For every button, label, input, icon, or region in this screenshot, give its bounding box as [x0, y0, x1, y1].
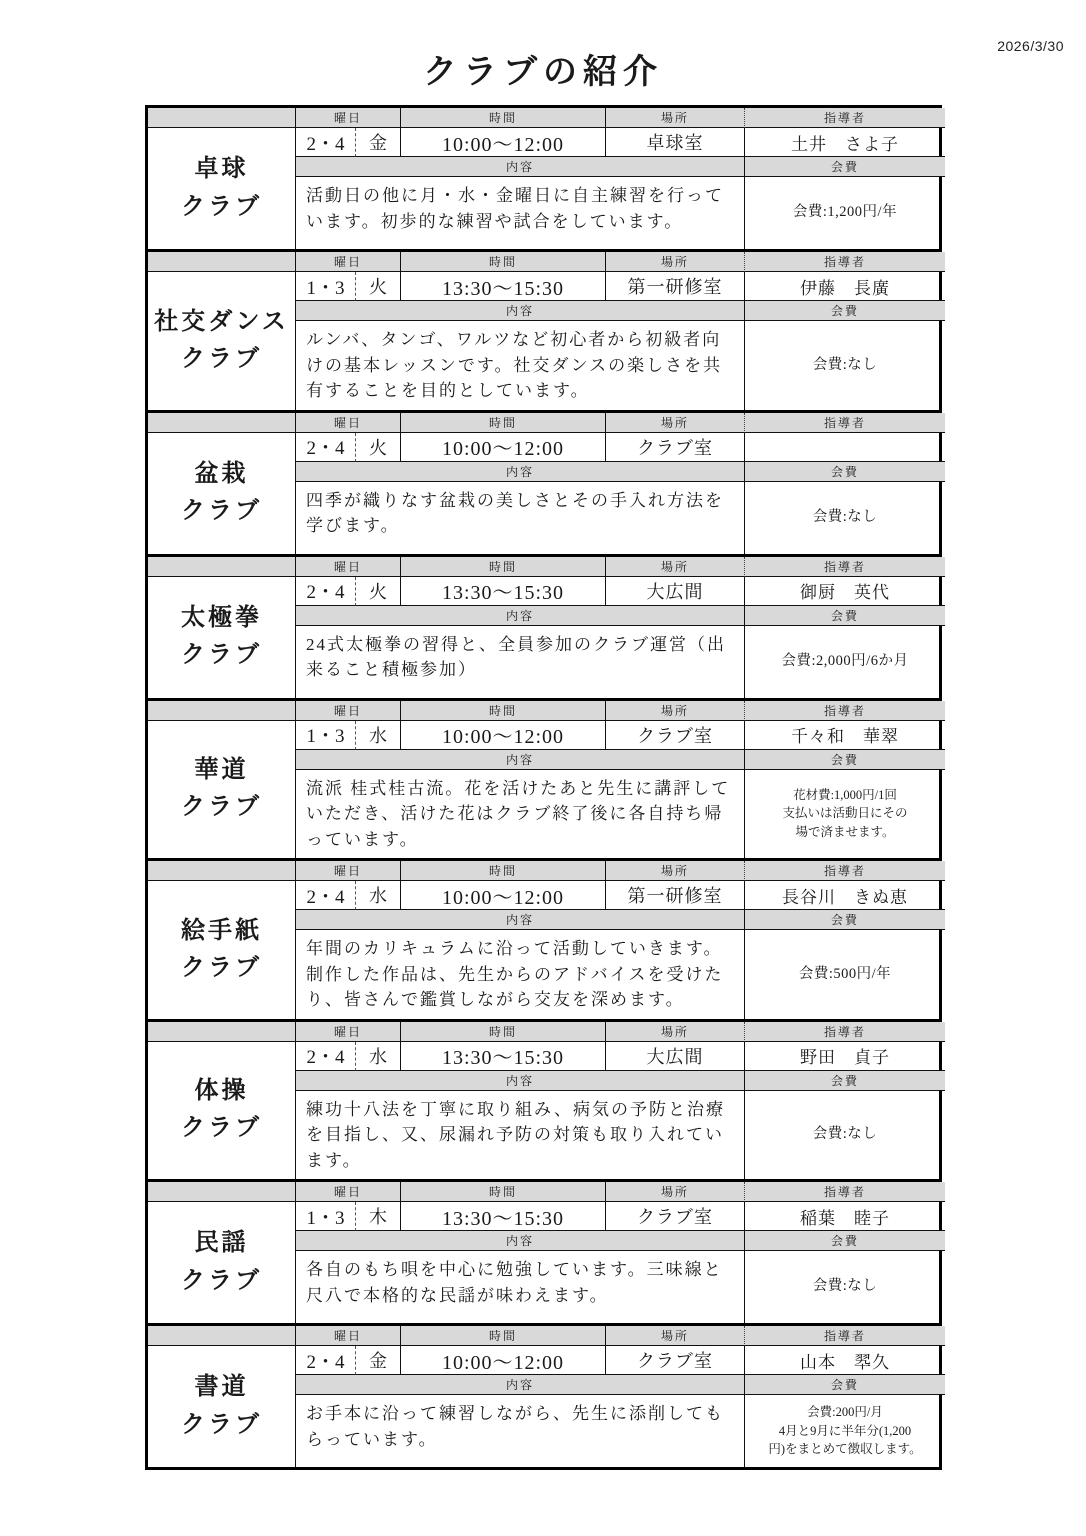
time-header: 時間 [401, 108, 606, 128]
club-instructor: 長谷川 きぬ恵 [745, 881, 945, 910]
corner-cell [148, 557, 296, 577]
club-weeks: 2・4 [296, 433, 356, 462]
club-name: 卓球 クラブ [148, 128, 296, 249]
day-header: 曜日 [296, 861, 401, 881]
club-instructor: 土井 さよ子 [745, 128, 945, 157]
club-section: 曜日 時間 場所 指導者 社交ダンス クラブ 1・3 火 13:30～15:30… [145, 249, 942, 413]
place-header: 場所 [606, 1022, 745, 1042]
club-weekday: 火 [356, 577, 401, 606]
corner-cell [148, 108, 296, 128]
club-weeks: 2・4 [296, 128, 356, 157]
club-place: クラブ室 [606, 721, 745, 750]
club-content: 24式太極拳の習得と、全員参加のクラブ運営（出来ること積極参加） [296, 626, 745, 698]
place-header: 場所 [606, 413, 745, 433]
time-header: 時間 [401, 557, 606, 577]
time-header: 時間 [401, 701, 606, 721]
time-header: 時間 [401, 413, 606, 433]
content-header: 内容 [296, 750, 745, 770]
content-header: 内容 [296, 1231, 745, 1251]
fee-header: 会費 [745, 750, 945, 770]
instructor-header: 指導者 [745, 1182, 945, 1202]
club-weekday: 金 [356, 128, 401, 157]
corner-cell [148, 861, 296, 881]
time-header: 時間 [401, 1182, 606, 1202]
club-weekday: 金 [356, 1346, 401, 1375]
club-instructor: 稲葉 睦子 [745, 1202, 945, 1231]
club-weeks: 2・4 [296, 1346, 356, 1375]
document-page: 2026/3/30 クラブの紹介 曜日 時間 場所 指導者 卓球 クラブ 2・4… [0, 0, 1086, 1536]
club-weeks: 1・3 [296, 272, 356, 301]
club-weekday: 火 [356, 272, 401, 301]
corner-cell [148, 1326, 296, 1346]
club-place: クラブ室 [606, 1202, 745, 1231]
clubs-table: 曜日 時間 場所 指導者 卓球 クラブ 2・4 金 10:00～12:00 卓球… [145, 105, 942, 1470]
club-time: 13:30～15:30 [401, 577, 606, 606]
place-header: 場所 [606, 701, 745, 721]
content-header: 内容 [296, 1375, 745, 1395]
club-place: クラブ室 [606, 433, 745, 462]
club-fee: 花材費:1,000円/1回 支払いは活動日にその 場で済ませます。 [745, 770, 945, 859]
day-header: 曜日 [296, 413, 401, 433]
club-content: 活動日の他に月・水・金曜日に自主練習を行っています。初歩的な練習や試合をしていま… [296, 177, 745, 249]
club-instructor: 野田 貞子 [745, 1042, 945, 1071]
club-section: 曜日 時間 場所 指導者 太極拳 クラブ 2・4 火 13:30～15:30 大… [145, 554, 942, 701]
club-place: 卓球室 [606, 128, 745, 157]
club-content: 練功十八法を丁寧に取り組み、病気の予防と治療を目指し、又、尿漏れ予防の対策も取り… [296, 1091, 745, 1180]
place-header: 場所 [606, 1326, 745, 1346]
club-fee: 会費:2,000円/6か月 [745, 626, 945, 698]
club-content: 年間のカリキュラムに沿って活動していきます。制作した作品は、先生からのアドバイス… [296, 930, 745, 1019]
club-fee: 会費:500円/年 [745, 930, 945, 1019]
corner-cell [148, 701, 296, 721]
content-header: 内容 [296, 910, 745, 930]
content-header: 内容 [296, 1071, 745, 1091]
instructor-header: 指導者 [745, 1022, 945, 1042]
fee-header: 会費 [745, 462, 945, 482]
club-content: お手本に沿って練習しながら、先生に添削してもらっています。 [296, 1395, 745, 1467]
club-place: クラブ室 [606, 1346, 745, 1375]
club-fee: 会費:1,200円/年 [745, 177, 945, 249]
club-section: 曜日 時間 場所 指導者 体操 クラブ 2・4 水 13:30～15:30 大広… [145, 1019, 942, 1183]
fee-header: 会費 [745, 1231, 945, 1251]
club-instructor: 山本 翆久 [745, 1346, 945, 1375]
club-section: 曜日 時間 場所 指導者 民謡 クラブ 1・3 木 13:30～15:30 クラ… [145, 1179, 942, 1326]
club-section: 曜日 時間 場所 指導者 盆栽 クラブ 2・4 火 10:00～12:00 クラ… [145, 410, 942, 557]
club-weekday: 水 [356, 721, 401, 750]
club-fee: 会費:なし [745, 482, 945, 554]
club-instructor [745, 433, 945, 462]
fee-header: 会費 [745, 1375, 945, 1395]
club-instructor: 伊藤 長廣 [745, 272, 945, 301]
content-header: 内容 [296, 606, 745, 626]
day-header: 曜日 [296, 252, 401, 272]
club-time: 13:30～15:30 [401, 272, 606, 301]
club-fee: 会費:なし [745, 1091, 945, 1180]
club-content: ルンバ、タンゴ、ワルツなど初心者から初級者向けの基本レッスンです。社交ダンスの楽… [296, 321, 745, 410]
instructor-header: 指導者 [745, 701, 945, 721]
time-header: 時間 [401, 1022, 606, 1042]
day-header: 曜日 [296, 1326, 401, 1346]
club-place: 大広間 [606, 1042, 745, 1071]
club-name: 華道 クラブ [148, 721, 296, 859]
club-time: 10:00～12:00 [401, 1346, 606, 1375]
club-name: 絵手紙 クラブ [148, 881, 296, 1019]
club-weekday: 火 [356, 433, 401, 462]
club-time: 10:00～12:00 [401, 881, 606, 910]
instructor-header: 指導者 [745, 861, 945, 881]
club-weekday: 木 [356, 1202, 401, 1231]
fee-header: 会費 [745, 606, 945, 626]
corner-cell [148, 252, 296, 272]
club-weeks: 2・4 [296, 881, 356, 910]
club-fee: 会費:なし [745, 1251, 945, 1323]
fee-header: 会費 [745, 1071, 945, 1091]
club-fee: 会費:なし [745, 321, 945, 410]
club-name: 民謡 クラブ [148, 1202, 296, 1323]
instructor-header: 指導者 [745, 252, 945, 272]
club-name: 書道 クラブ [148, 1346, 296, 1467]
club-weeks: 2・4 [296, 1042, 356, 1071]
club-instructor: 千々和 華翠 [745, 721, 945, 750]
corner-cell [148, 1182, 296, 1202]
place-header: 場所 [606, 252, 745, 272]
club-instructor: 御厨 英代 [745, 577, 945, 606]
day-header: 曜日 [296, 1182, 401, 1202]
club-weeks: 1・3 [296, 1202, 356, 1231]
corner-cell [148, 1022, 296, 1042]
instructor-header: 指導者 [745, 557, 945, 577]
day-header: 曜日 [296, 108, 401, 128]
club-content: 四季が織りなす盆栽の美しさとその手入れ方法を学びます。 [296, 482, 745, 554]
corner-cell [148, 413, 296, 433]
club-section: 曜日 時間 場所 指導者 書道 クラブ 2・4 金 10:00～12:00 クラ… [145, 1323, 942, 1470]
time-header: 時間 [401, 252, 606, 272]
club-weekday: 水 [356, 1042, 401, 1071]
place-header: 場所 [606, 1182, 745, 1202]
day-header: 曜日 [296, 557, 401, 577]
club-place: 第一研修室 [606, 272, 745, 301]
club-time: 13:30～15:30 [401, 1042, 606, 1071]
club-section: 曜日 時間 場所 指導者 華道 クラブ 1・3 水 10:00～12:00 クラ… [145, 698, 942, 862]
club-name: 体操 クラブ [148, 1042, 296, 1180]
club-time: 10:00～12:00 [401, 433, 606, 462]
club-content: 各自のもち唄を中心に勉強しています。三味線と尺八で本格的な民謡が味わえます。 [296, 1251, 745, 1323]
place-header: 場所 [606, 108, 745, 128]
club-place: 大広間 [606, 577, 745, 606]
day-header: 曜日 [296, 1022, 401, 1042]
club-weekday: 水 [356, 881, 401, 910]
club-section: 曜日 時間 場所 指導者 卓球 クラブ 2・4 金 10:00～12:00 卓球… [145, 105, 942, 252]
content-header: 内容 [296, 157, 745, 177]
club-section: 曜日 時間 場所 指導者 絵手紙 クラブ 2・4 水 10:00～12:00 第… [145, 858, 942, 1022]
club-weeks: 1・3 [296, 721, 356, 750]
fee-header: 会費 [745, 301, 945, 321]
club-place: 第一研修室 [606, 881, 745, 910]
time-header: 時間 [401, 1326, 606, 1346]
fee-header: 会費 [745, 157, 945, 177]
fee-header: 会費 [745, 910, 945, 930]
place-header: 場所 [606, 557, 745, 577]
club-name: 盆栽 クラブ [148, 433, 296, 554]
instructor-header: 指導者 [745, 1326, 945, 1346]
club-content: 流派 桂式桂古流。花を活けたあと先生に講評していただき、活けた花はクラブ終了後に… [296, 770, 745, 859]
club-name: 太極拳 クラブ [148, 577, 296, 698]
club-time: 10:00～12:00 [401, 721, 606, 750]
content-header: 内容 [296, 301, 745, 321]
instructor-header: 指導者 [745, 108, 945, 128]
day-header: 曜日 [296, 701, 401, 721]
club-time: 10:00～12:00 [401, 128, 606, 157]
club-name: 社交ダンス クラブ [148, 272, 296, 410]
place-header: 場所 [606, 861, 745, 881]
club-time: 13:30～15:30 [401, 1202, 606, 1231]
club-weeks: 2・4 [296, 577, 356, 606]
page-title: クラブの紹介 [0, 44, 1086, 93]
content-header: 内容 [296, 462, 745, 482]
time-header: 時間 [401, 861, 606, 881]
club-fee: 会費:200円/月 4月と9月に半年分(1,200 円)をまとめて徴収します。 [745, 1395, 945, 1467]
instructor-header: 指導者 [745, 413, 945, 433]
